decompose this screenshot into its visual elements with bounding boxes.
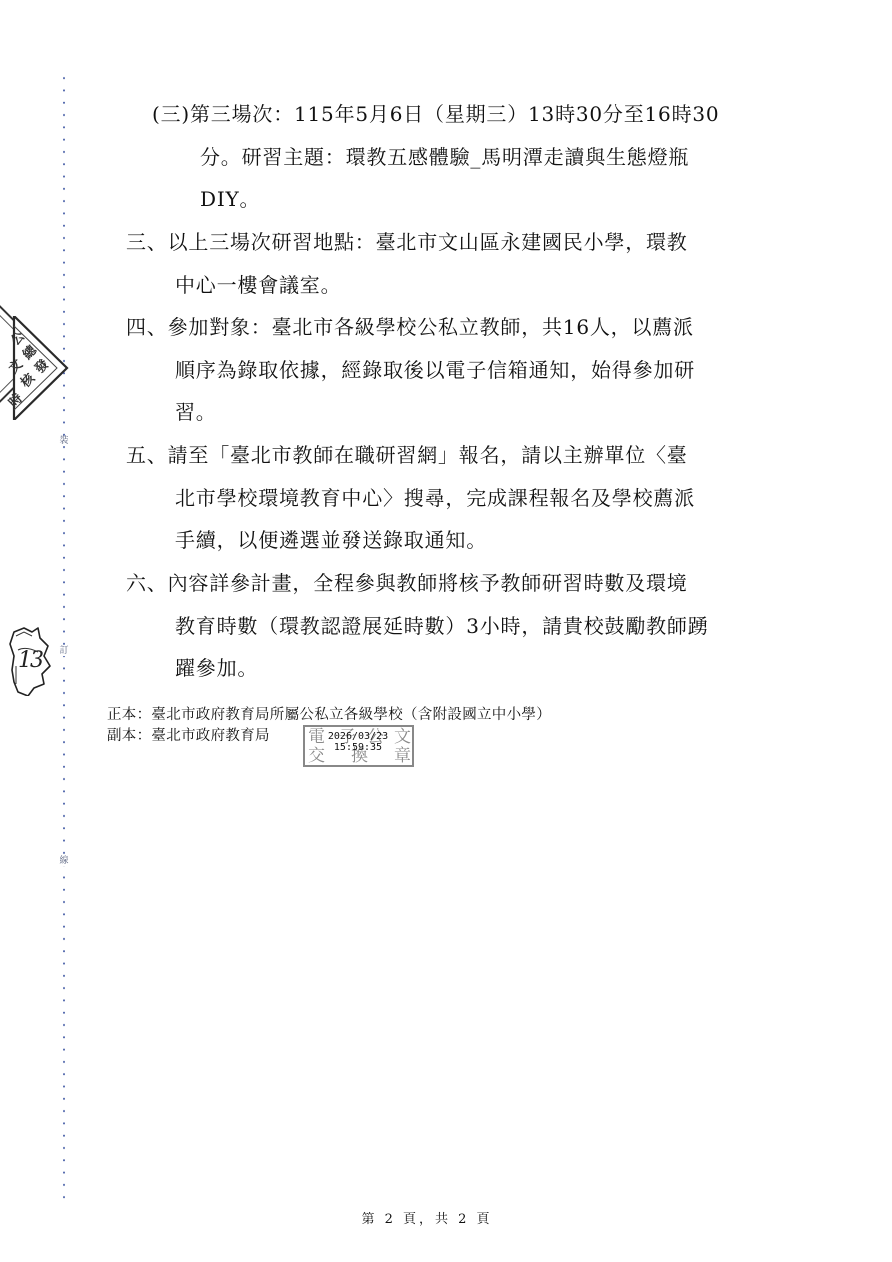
binding-label-zhuang: 裝: [58, 436, 70, 446]
section-line: 四、參加對象：臺北市各級學校公私立教師，共16人，以薦派: [126, 306, 695, 349]
section-line: 躍參加。: [126, 647, 709, 690]
stamp-time: 15:59:35: [323, 742, 393, 753]
section-line: 三、以上三場次研習地點：臺北市文山區永建國民小學，環教: [126, 221, 688, 264]
section-item-5: 五、請至「臺北市教師在職研習網」報名，請以主辦單位〈臺 北市學校環境教育中心〉搜…: [126, 434, 695, 562]
page-number: 第 2 頁，共 2 頁: [0, 1208, 854, 1227]
section-line: 中心一樓會議室。: [126, 264, 688, 307]
gear-seal-number: 13: [18, 648, 42, 673]
section-line: 手續，以便遴選並發送錄取通知。: [126, 519, 695, 562]
stamp-datetime: 2026/03/23 15:59:35: [323, 731, 393, 753]
stamp-char: 文: [394, 728, 411, 746]
section-line: DIY。: [152, 178, 719, 221]
section-line: 教育時數（環教認證展延時數）3小時，請貴校鼓勵教師踴: [126, 605, 709, 648]
electronic-exchange-stamp: 電 子 公 文 交 換 章 2026/03/23 15:59:35: [303, 725, 414, 767]
stamp-char: 章: [394, 747, 411, 765]
section-item-6: 六、內容詳參計畫，全程參與教師將核予教師研習時數及環境 教育時數（環教認證展延時…: [126, 562, 709, 690]
section-line: (三)第三場次：115年5月6日（星期三）13時30分至16時30: [152, 93, 719, 136]
section-line: 五、請至「臺北市教師在職研習網」報名，請以主辦單位〈臺: [126, 434, 695, 477]
distribution-original: 正本：臺北市政府教育局所屬公私立各級學校（含附設國立中小學）: [107, 705, 551, 726]
binding-label-ding: 訂: [58, 646, 70, 656]
section-item-3-3: (三)第三場次：115年5月6日（星期三）13時30分至16時30 分。研習主題…: [152, 93, 719, 221]
section-line: 六、內容詳參計畫，全程參與教師將核予教師研習時數及環境: [126, 562, 709, 605]
binding-label-xian: 線: [58, 856, 70, 866]
section-item-3: 三、以上三場次研習地點：臺北市文山區永建國民小學，環教 中心一樓會議室。: [126, 221, 688, 306]
section-item-4: 四、參加對象：臺北市各級學校公私立教師，共16人，以薦派 順序為錄取依據，經錄取…: [126, 306, 695, 434]
stamp-date: 2026/03/23: [323, 731, 393, 742]
section-line: 北市學校環境教育中心〉搜尋，完成課程報名及學校薦派: [126, 477, 695, 520]
diamond-seal-icon: 公 總 發 文 核 時: [0, 316, 70, 420]
section-line: 習。: [126, 391, 695, 434]
section-line: 順序為錄取依據，經錄取後以電子信箱通知，始得參加研: [126, 349, 695, 392]
section-line: 分。研習主題：環教五感體驗_馬明潭走讀與生態燈瓶: [152, 136, 719, 179]
binding-dotted-line: [63, 72, 65, 1200]
